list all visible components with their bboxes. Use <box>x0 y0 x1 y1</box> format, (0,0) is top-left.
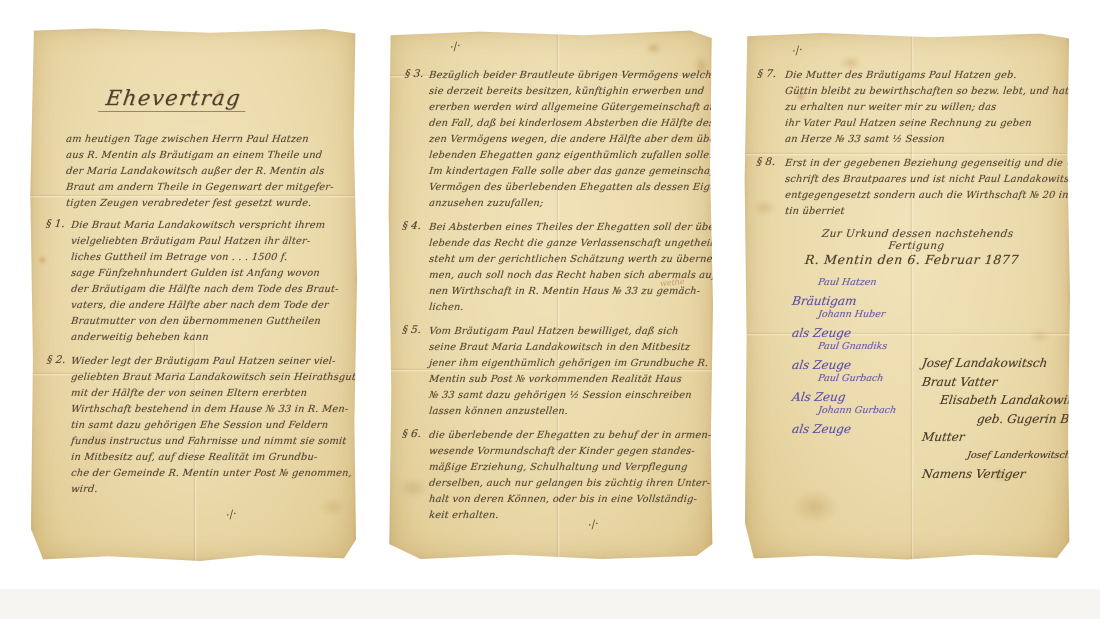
contract-page-2: ·/· wethe § 3. Bezüglich beider Brautleu… <box>388 30 713 560</box>
handwriting-line: anderweitig beheben kann <box>70 330 339 346</box>
handwriting-line: Braut am andern Theile in Gegenwart der … <box>65 180 334 196</box>
handwriting-line: Die Braut Maria Landakowitsch verspricht… <box>70 218 339 234</box>
handwriting-line: Mentin sub Post № vorkommenden Realität … <box>428 372 709 388</box>
handwriting-line: steht um der gerichtlichen Schätzung wer… <box>428 252 713 268</box>
handwriting-line: liches Guttheil im Betrage von . . . 150… <box>70 250 339 266</box>
handwriting-line: derselben, auch nur gelangen bis züchtig… <box>428 476 712 492</box>
contract-section: § 3. Bezüglich beider Brautleute übrigen… <box>398 68 709 212</box>
signature-line: Mutter <box>921 428 1070 447</box>
handwriting-line: lebenden Ehegatten ganz eigenthümlich zu… <box>428 148 713 164</box>
sections-page-1: § 1. Die Braut Maria Landakowitsch versp… <box>40 218 351 506</box>
signatures-witnesses: Paul HatzenBräutigamJohann Huberals Zeug… <box>792 276 896 436</box>
handwriting-line: keit erhalten. <box>428 508 712 524</box>
handwriting-line: fundus instructus und Fahrnisse und nimm… <box>70 434 357 450</box>
contract-page-3: ·/· § 7. Die Mutter des Bräutigams Paul … <box>744 32 1070 560</box>
handwriting-line: vaters, die andere Hälfte aber nach dem … <box>70 298 339 314</box>
section-lines: Die Braut Maria Landakowitsch verspricht… <box>71 218 338 346</box>
section-mark: § 7. <box>750 68 782 148</box>
handwriting-line: ihr Vater Paul Hatzen seine Rechnung zu … <box>784 116 1070 132</box>
signature-line: geb. Gugerin Braut <box>976 410 1070 429</box>
ink-stain <box>1030 328 1050 344</box>
section-mark: § 2. <box>32 354 71 498</box>
handwriting-line: Bezüglich beider Brautleute übrigen Verm… <box>428 68 713 84</box>
handwriting-line: Die Mutter des Bräutigams Paul Hatzen ge… <box>784 68 1070 84</box>
handwriting-line: am heutigen Tage zwischen Herrn Paul Hat… <box>65 132 334 148</box>
section-lines: Die Mutter des Bräutigams Paul Hatzen ge… <box>785 68 1069 148</box>
continuation-mark: ·/· <box>791 43 804 58</box>
handwriting-line: mit der Hälfte der von seinen Eltern ere… <box>70 386 357 402</box>
section-mark: § 6. <box>393 428 427 524</box>
section-lines: Bei Absterben eines Theiles der Ehegatte… <box>429 220 713 316</box>
document-title: Ehevertrag <box>30 86 317 112</box>
signature-line: Paul Gurbach <box>817 372 897 386</box>
sections-page-2: § 3. Bezüglich beider Brautleute übrigen… <box>398 68 709 532</box>
section-lines: Erst in der gegebenen Beziehung gegensei… <box>785 156 1070 220</box>
section-mark: § 4. <box>393 220 427 316</box>
handwriting-line: an Herze № 33 samt ½ Session <box>784 132 1070 148</box>
ink-stain <box>646 42 662 54</box>
date-line: R. Mentin den 6. Februar 1877 <box>783 252 1041 267</box>
scanned-document: Ehevertrag am heutigen Tage zwischen Her… <box>0 0 1100 619</box>
handwriting-line: wird. <box>70 482 357 498</box>
handwriting-line: entgegengesetzt sondern auch die Wirthsc… <box>784 188 1070 204</box>
handwriting-line: geliebten Braut Maria Landakowitsch sein… <box>70 370 357 386</box>
handwriting-line: zu erhalten nur weiter mir zu willen; da… <box>784 100 1070 116</box>
handwriting-line: Brautmutter von den übernommenen Gutthei… <box>70 314 339 330</box>
contract-section: § 2. Wieder legt der Bräutigam Paul Hatz… <box>40 354 351 498</box>
handwriting-line: tin samt dazu gehörigen Ehe Session und … <box>70 418 357 434</box>
signature-line: Braut Vatter <box>921 373 1070 392</box>
handwriting-line: aus R. Mentin als Bräutigam an einem The… <box>65 148 334 164</box>
scan-background-band <box>0 589 1100 619</box>
handwriting-line: tin überriet <box>784 204 1070 220</box>
signatures-family: Josef LandakowitschBraut VatterElisabeth… <box>922 354 1070 484</box>
handwriting-line: lassen können anzustellen. <box>428 404 709 420</box>
handwriting-line: die überlebende der Ehegatten zu behuf d… <box>428 428 712 444</box>
handwriting-line: nen Wirthschaft in R. Mentin Haus № 33 z… <box>428 284 713 300</box>
handwriting-line: № 33 samt dazu gehörigen ½ Session einsc… <box>428 388 709 404</box>
handwriting-line: seine Braut Maria Landakowitsch in den M… <box>428 340 709 356</box>
handwriting-line: Im kindertagen Falle solle aber das ganz… <box>428 164 713 180</box>
contract-section: § 7. Die Mutter des Bräutigams Paul Hatz… <box>754 68 1066 148</box>
contract-page-1: Ehevertrag am heutigen Tage zwischen Her… <box>30 28 357 561</box>
section-mark: § 3. <box>390 68 429 212</box>
handwriting-line: sage Fünfzehnhundert Gulden ist Anfang w… <box>70 266 339 282</box>
handwriting-line: Wieder legt der Bräutigam Paul Hatzen se… <box>70 354 357 370</box>
signature-line: Paul Gnandiks <box>817 340 897 354</box>
signature-line: Elisabeth Landakowitsch <box>939 391 1070 410</box>
handwriting-line: Wirthschaft bestehend in dem Hause № 33 … <box>70 402 357 418</box>
signature-line: Namens Vertiger <box>921 465 1070 484</box>
signature-line: Johann Gurbach <box>817 404 897 418</box>
handwriting-line: halt von deren Können, oder bis in eine … <box>428 492 712 508</box>
signature-line: als Zeuge <box>791 423 897 437</box>
handwriting-line: che der Gemeinde R. Mentin unter Post № … <box>70 466 357 482</box>
attestation-line: Zur Urkund dessen nachstehends Fertigung <box>793 228 1042 252</box>
section-mark: § 8. <box>751 156 782 220</box>
handwriting-line: mäßige Erziehung, Schulhaltung und Verpf… <box>428 460 712 476</box>
section-mark: § 1. <box>33 218 70 346</box>
contract-section: § 6. die überlebende der Ehegatten zu be… <box>398 428 709 524</box>
ink-stain <box>792 490 838 524</box>
handwriting-line: Erst in der gegebenen Beziehung gegensei… <box>784 156 1070 172</box>
handwriting-line: Vom Bräutigam Paul Hatzen bewilliget, da… <box>428 324 709 340</box>
handwriting-line: in Mitbesitz auf, auf diese Realität im … <box>70 450 357 466</box>
handwriting-line: den Fall, daß bei kinderlosem Absterben … <box>428 116 713 132</box>
section-lines: die überlebende der Ehegatten zu behuf d… <box>429 428 711 524</box>
handwriting-line: Bei Absterben eines Theiles der Ehegatte… <box>428 220 713 236</box>
signature-line: Josef Landakowitsch <box>921 354 1070 373</box>
signature-line: Paul Hatzen <box>817 276 897 290</box>
continuation-mark: ·/· <box>449 39 462 54</box>
handwriting-line: sie derzeit bereits besitzen, künftighin… <box>428 84 713 100</box>
section-mark: § 5. <box>393 324 427 420</box>
handwriting-line: tigten Zeugen verabredeter fest gesetzt … <box>65 196 334 212</box>
handwriting-line: vielgeliebten Bräutigam Paul Hatzen ihr … <box>70 234 339 250</box>
signature-line: Als Zeug <box>791 391 897 405</box>
handwriting-line: Vermögen des überlebenden Ehegatten als … <box>428 180 713 196</box>
handwriting-line: der Maria Landakowitsch außer der R. Men… <box>65 164 334 180</box>
handwriting-line: ererben werden wird allgemeine Gütergeme… <box>428 100 713 116</box>
handwriting-line: lebende das Recht die ganze Verlassensch… <box>428 236 713 252</box>
signature-line: Johann Huber <box>817 308 897 322</box>
signature-line: Bräutigam <box>791 295 897 309</box>
signature-line: als Zeuge <box>791 359 897 373</box>
contract-section: § 1. Die Braut Maria Landakowitsch versp… <box>40 218 351 346</box>
handwriting-line: der Bräutigam die Hälfte nach dem Tode d… <box>70 282 339 298</box>
handwriting-line: anzusehen zuzufallen; <box>428 196 713 212</box>
sections-page-3: § 7. Die Mutter des Bräutigams Paul Hatz… <box>754 68 1066 228</box>
handwriting-line: jener ihm eigenthümlich gehörigen im Gru… <box>428 356 709 372</box>
section-lines: Wieder legt der Bräutigam Paul Hatzen se… <box>71 354 356 498</box>
signature-line: als Zeuge <box>791 327 897 341</box>
intro-paragraph: am heutigen Tage zwischen Herrn Paul Hat… <box>66 132 334 212</box>
signature-line: Josef Landerkowitsch <box>966 447 1070 466</box>
handwriting-line: schrift des Brautpaares und ist nicht Pa… <box>784 172 1070 188</box>
section-lines: Vom Bräutigam Paul Hatzen bewilliget, da… <box>429 324 708 420</box>
handwriting-line: men, auch soll noch das Recht haben sich… <box>428 268 713 284</box>
contract-section: § 4. Bei Absterben eines Theiles der Ehe… <box>398 220 709 316</box>
continuation-mark: ·/· <box>225 507 238 522</box>
contract-section: § 8. Erst in der gegebenen Beziehung geg… <box>754 156 1066 220</box>
section-lines: Bezüglich beider Brautleute übrigen Verm… <box>429 68 713 212</box>
handwriting-line: Güttin bleibt zu bewirthschaften so bezw… <box>784 84 1070 100</box>
handwriting-line: zen Vermögens wegen, die andere Hälfte a… <box>428 132 713 148</box>
handwriting-line: wesende Vormundschaft der Kinder gegen s… <box>428 444 712 460</box>
handwriting-line: lichen. <box>428 300 713 316</box>
contract-section: § 5. Vom Bräutigam Paul Hatzen bewillige… <box>398 324 709 420</box>
